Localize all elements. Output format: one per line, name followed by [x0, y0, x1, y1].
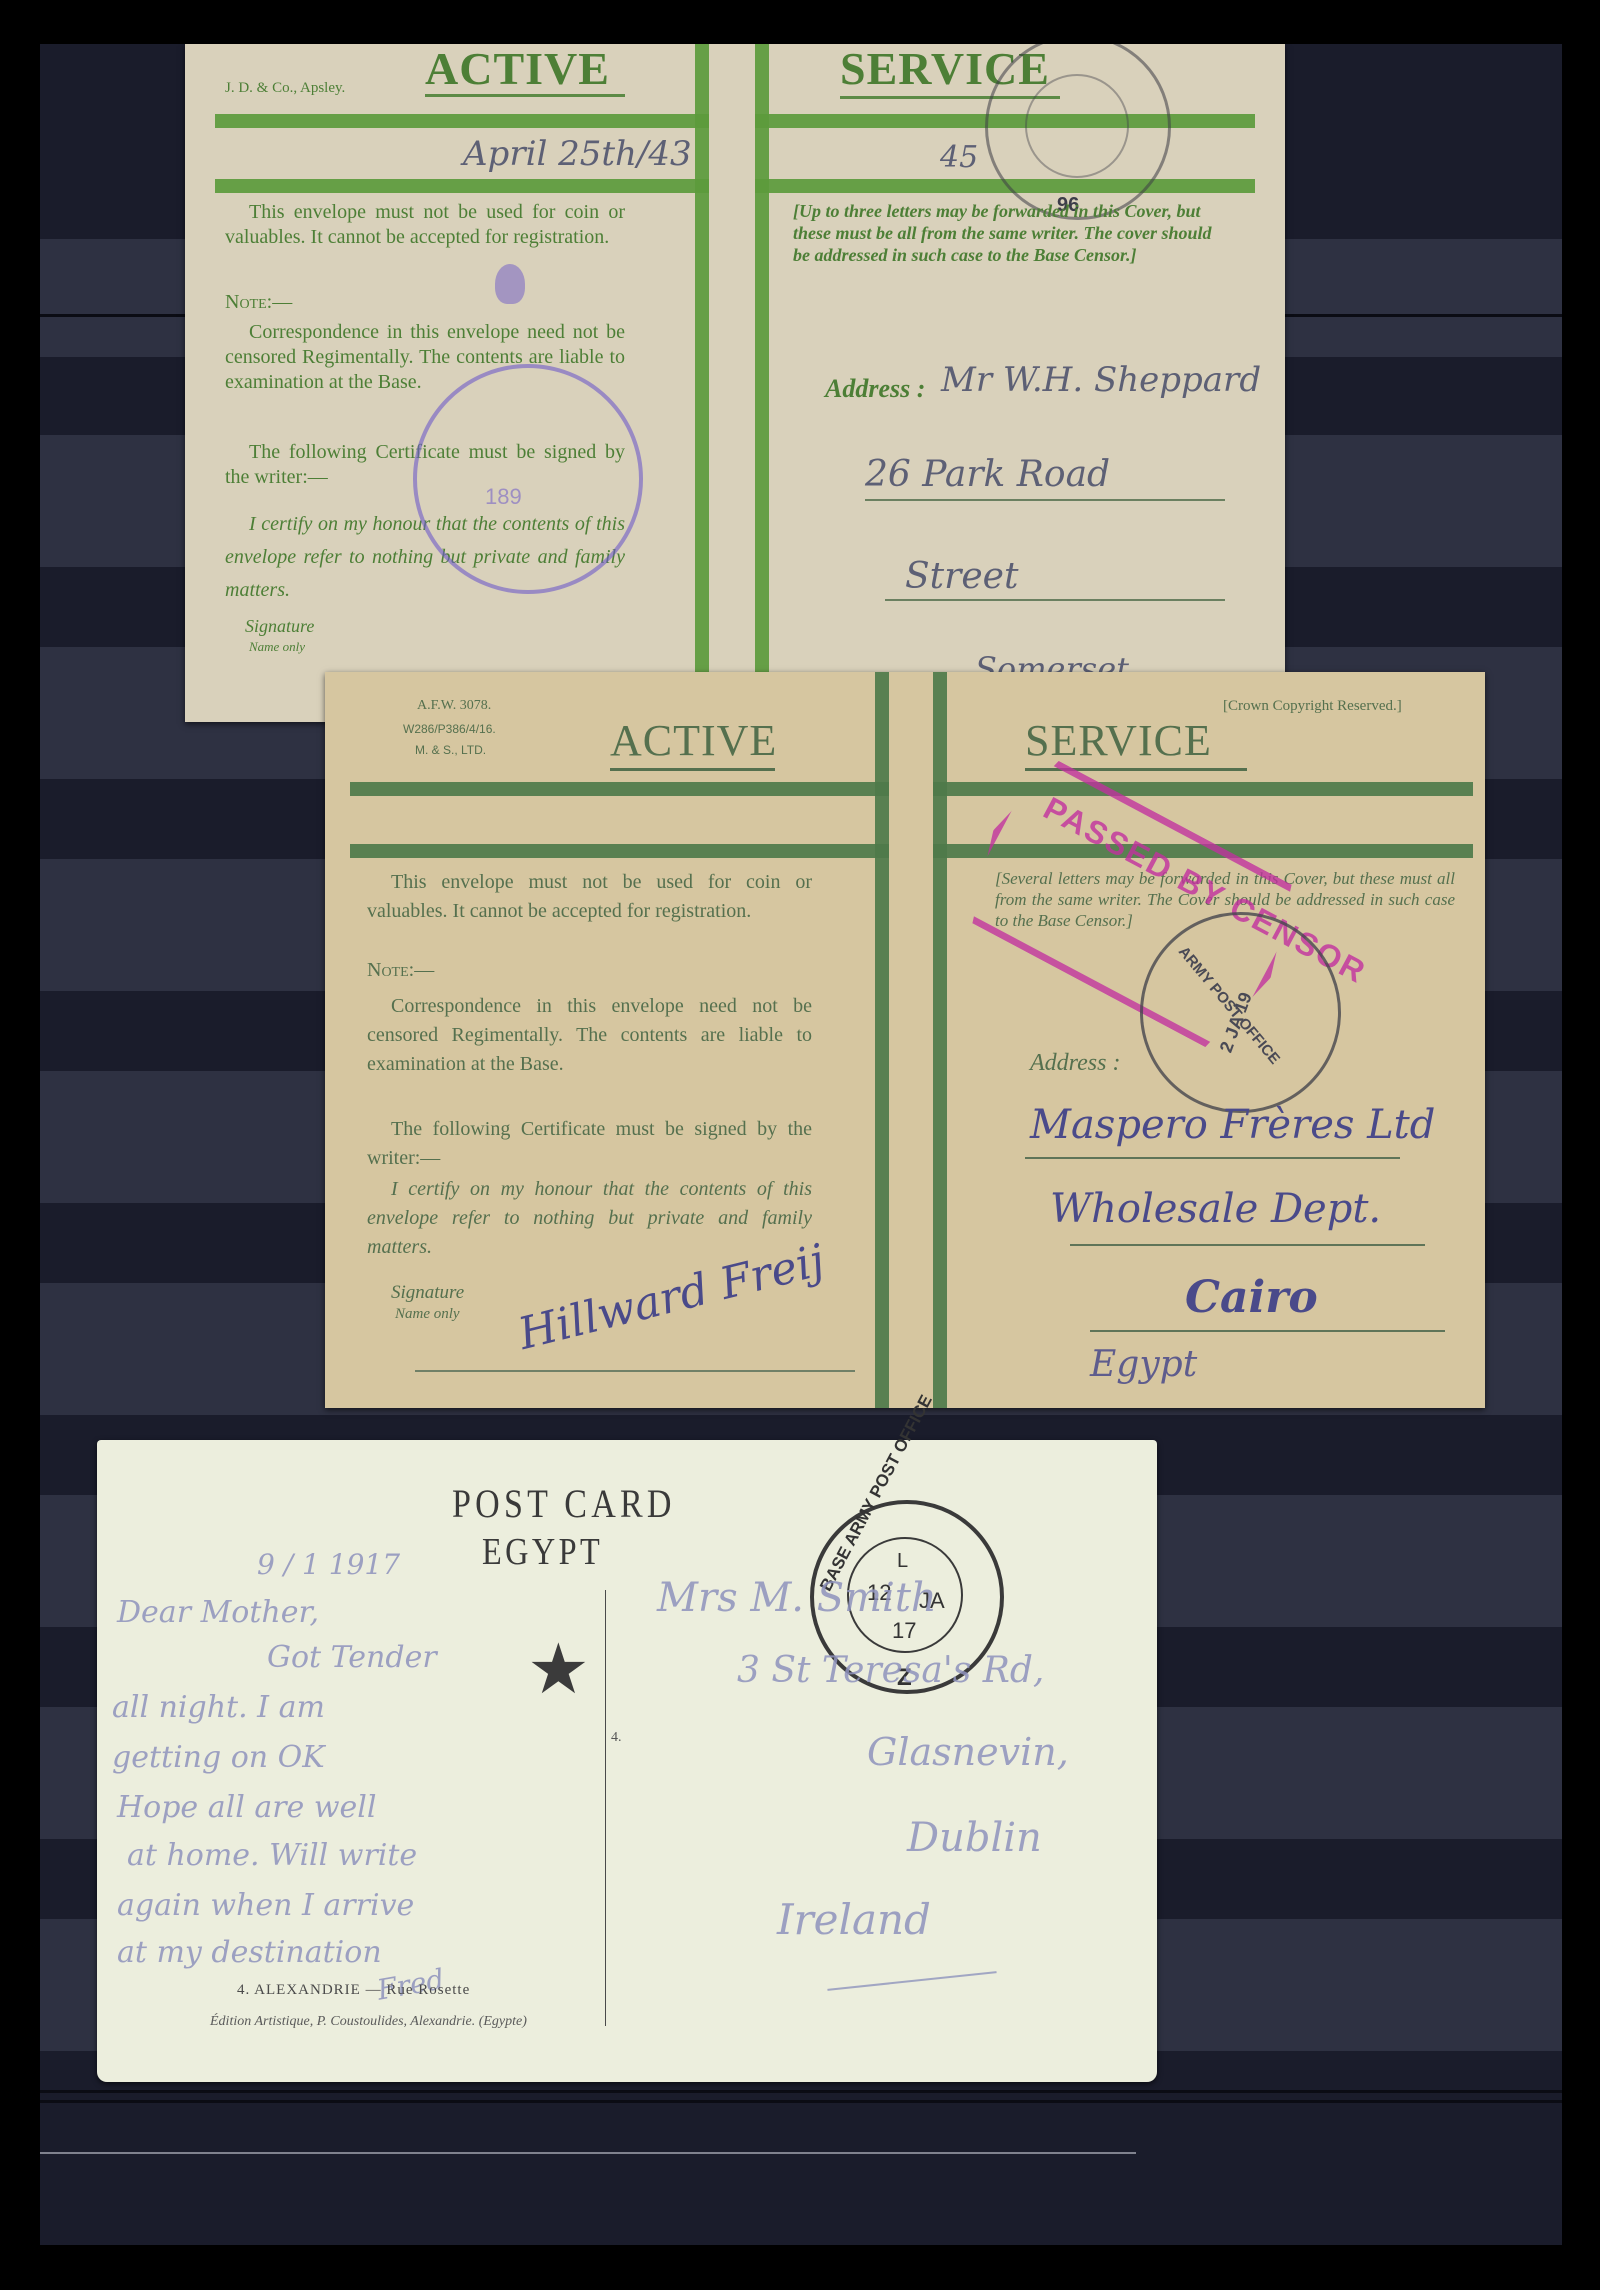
signature-label: Signature — [391, 1282, 464, 1304]
address-line: Dublin — [907, 1815, 1042, 1861]
message-line: getting on OK — [112, 1740, 325, 1775]
address-line: Mrs M. Smith — [657, 1575, 937, 1621]
green-cross-horizontal — [350, 844, 889, 858]
address-line: 3 St Teresa's Rd, — [737, 1650, 1044, 1691]
censorship-notice: Correspondence in this envelope need not… — [367, 992, 812, 1079]
address-underline — [885, 599, 1225, 601]
address-line: Maspero Frères Ltd — [1030, 1102, 1435, 1148]
green-cross-vertical — [695, 44, 709, 704]
message-line: at home. Will write — [127, 1838, 417, 1873]
address-underline — [865, 499, 1225, 501]
title-underline — [425, 94, 625, 97]
printer-imprint: M. & S., LTD. — [415, 743, 486, 757]
message-line: Hope all are well — [117, 1790, 376, 1825]
green-cross-horizontal — [215, 114, 709, 128]
photo-caption: 4. ALEXANDRIE — Rue Rosette — [237, 1982, 470, 1999]
address-underline — [1025, 1157, 1400, 1159]
address-line: Mr W.H. Sheppard — [941, 360, 1261, 400]
message-line: Got Tender — [267, 1640, 437, 1675]
green-cross-horizontal — [215, 179, 709, 193]
copyright-notice: [Crown Copyright Reserved.] — [1223, 698, 1402, 715]
certificate-text: I certify on my honour that the contents… — [367, 1175, 812, 1262]
note-label: Note:— — [367, 958, 434, 983]
message-line: at my destination — [117, 1935, 382, 1970]
address-underline — [827, 1971, 996, 1991]
crown-stamp-icon — [495, 264, 525, 304]
address-line: Glasnevin, — [867, 1730, 1069, 1774]
star-ink-mark-icon: ★ — [527, 1636, 590, 1706]
signature-underline — [415, 1370, 855, 1372]
side-number: 4. — [611, 1730, 622, 1746]
address-line: 26 Park Road — [865, 454, 1110, 495]
stock-book-page: J. D. & Co., Apsley. ACTIVE SERVICE Apri… — [40, 44, 1562, 2245]
address-line: Cairo — [1185, 1272, 1318, 1323]
message-line: again when I arrive — [117, 1888, 414, 1923]
postmark-inner-ring — [1025, 74, 1129, 178]
address-underline — [1070, 1244, 1425, 1246]
address-label: Address : — [1030, 1050, 1120, 1077]
title-underline — [610, 768, 775, 771]
strip-edge — [40, 2152, 1136, 2154]
publisher-imprint: Édition Artistique, P. Coustoulides, Ale… — [210, 2014, 527, 2030]
title-service: SERVICE — [1025, 715, 1212, 766]
form-number: A.F.W. 3078. — [417, 698, 491, 714]
egypt-postcard-1917[interactable]: POST CARD EGYPT 4. BASE ARMY POST OFFICE… — [97, 1440, 1157, 2082]
postmark-year: 17 — [892, 1618, 916, 1644]
address-underline — [1090, 1330, 1445, 1332]
address-line: Ireland — [777, 1895, 931, 1944]
message-line: all night. I am — [112, 1690, 325, 1725]
active-service-envelope-1919[interactable]: A.F.W. 3078. W286/P386/4/16. M. & S., LT… — [325, 672, 1485, 1408]
strip-divider — [40, 2090, 1562, 2093]
address-label: Address : — [825, 374, 925, 404]
name-only-label: Name only — [395, 1306, 460, 1323]
censor-stamp — [413, 364, 643, 594]
green-cross-horizontal — [933, 782, 1473, 796]
message-date: 9 / 1 1917 — [257, 1548, 400, 1581]
certificate-instruction: The following Certificate must be signed… — [367, 1115, 812, 1173]
signature-label: Signature — [245, 616, 314, 637]
title-active: ACTIVE — [610, 715, 777, 766]
active-service-envelope-1943[interactable]: J. D. & Co., Apsley. ACTIVE SERVICE Apri… — [185, 44, 1285, 722]
strip-divider — [40, 2100, 1562, 2103]
usage-notice: This envelope must not be used for coin … — [225, 200, 625, 250]
print-code: W286/P386/4/16. — [403, 722, 496, 736]
note-label: Note:— — [225, 290, 292, 315]
postcard-country: EGYPT — [482, 1530, 603, 1574]
postmark-letter: L — [897, 1550, 908, 1573]
message-line: Dear Mother, — [117, 1595, 319, 1630]
handwritten-date: April 25th/43 — [463, 134, 692, 174]
green-cross-horizontal — [350, 782, 889, 796]
censor-number: 189 — [485, 484, 522, 510]
printer-imprint: J. D. & Co., Apsley. — [225, 80, 345, 97]
address-line: Egypt — [1090, 1344, 1197, 1385]
postcard-header: POST CARD — [452, 1480, 676, 1527]
green-cross-vertical — [755, 44, 769, 704]
title-active: ACTIVE — [425, 44, 610, 95]
handwritten-number: 45 — [940, 140, 978, 175]
usage-notice: This envelope must not be used for coin … — [367, 868, 812, 926]
address-line: Wholesale Dept. — [1050, 1186, 1381, 1232]
postcard-divider — [605, 1590, 606, 2026]
forwarding-notice: [Up to three letters may be forwarded in… — [793, 200, 1213, 266]
address-line: Street — [905, 556, 1018, 597]
name-only-label: Name only — [249, 639, 305, 655]
